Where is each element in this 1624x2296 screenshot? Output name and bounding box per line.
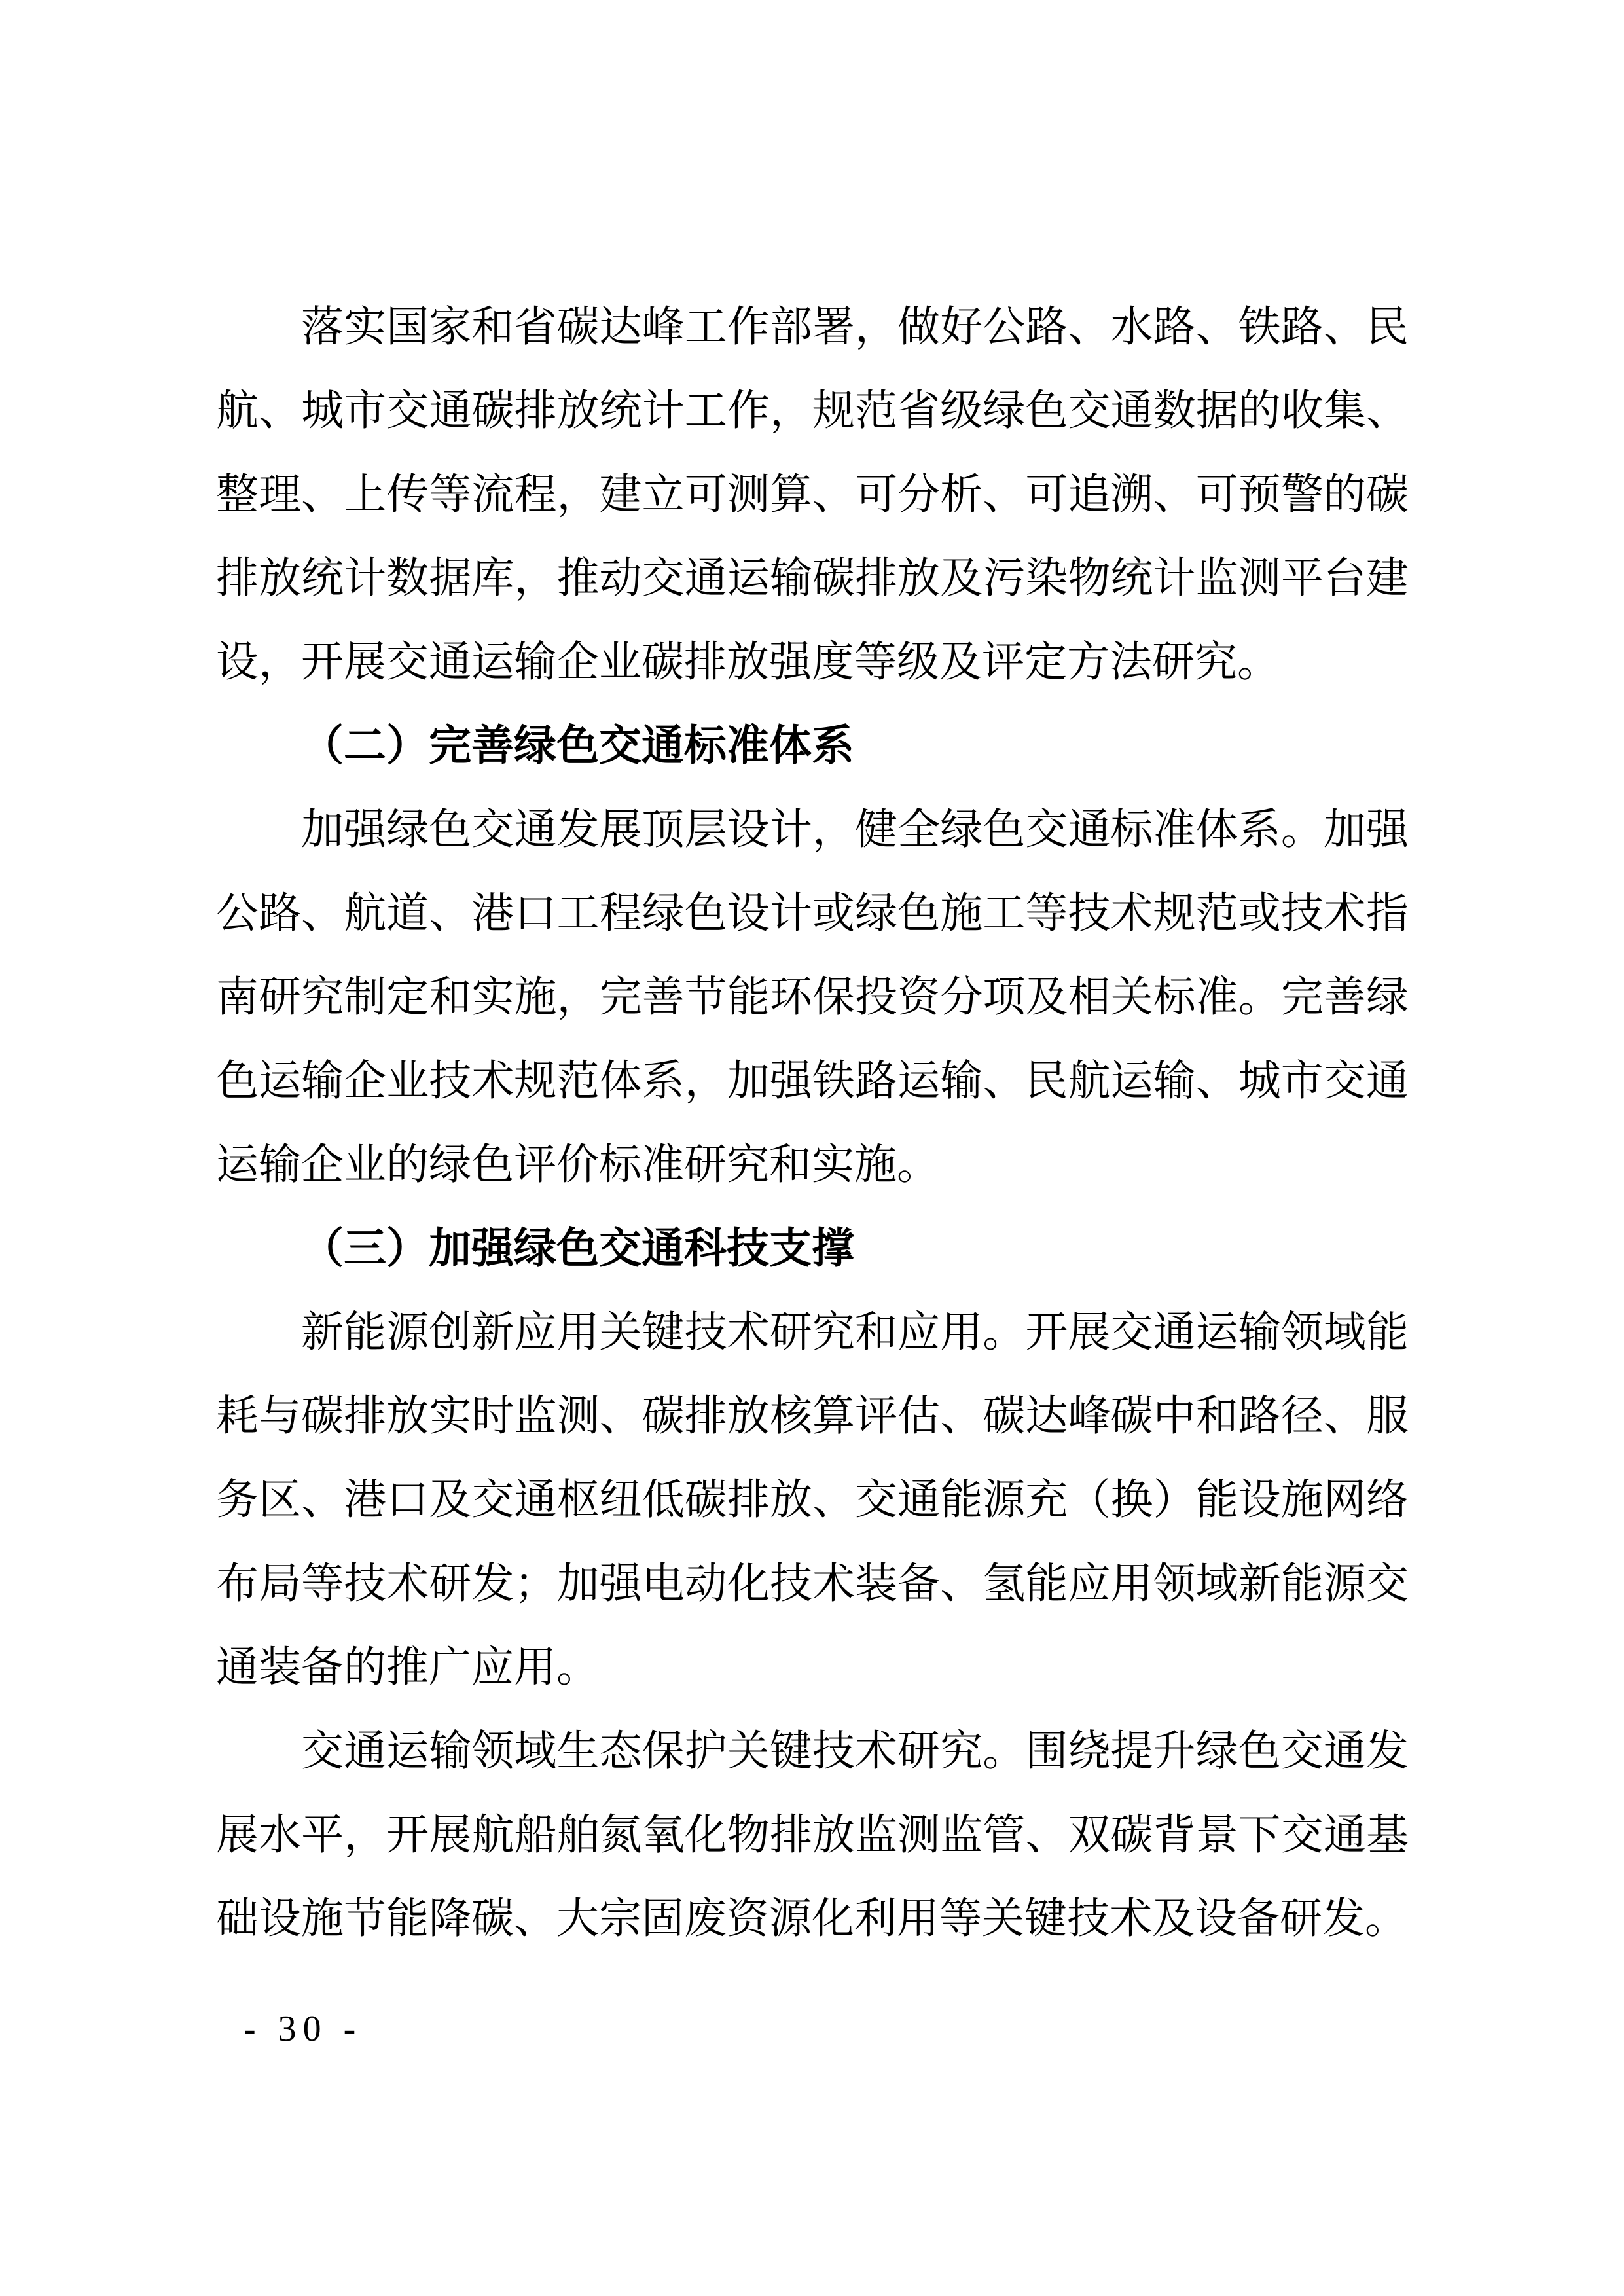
paragraph-standards-system: 加强绿色交通发展顶层设计，健全绿色交通标准体系。加强公路、航道、港口工程绿色设计… (216, 788, 1409, 1207)
document-text-block: 落实国家和省碳达峰工作部署，做好公路、水路、铁路、民航、城市交通碳排放统计工作，… (216, 285, 1409, 1961)
document-page: 落实国家和省碳达峰工作部署，做好公路、水路、铁路、民航、城市交通碳排放统计工作，… (0, 0, 1624, 2296)
page-number: - 30 - (244, 2008, 362, 2050)
section-heading-green-transport-technology: （三）加强绿色交通科技支撑 (216, 1207, 1409, 1291)
section-heading-green-transport-standards: （二）完善绿色交通标准体系 (216, 704, 1409, 788)
paragraph-new-energy-technology: 新能源创新应用关键技术研究和应用。开展交通运输领域能耗与碳排放实时监测、碳排放核… (216, 1291, 1409, 1710)
paragraph-ecological-protection-research: 交通运输领域生态保护关键技术研究。围绕提升绿色交通发展水平，开展航船舶氮氧化物排… (216, 1710, 1409, 1961)
paragraph-carbon-peak-statistics: 落实国家和省碳达峰工作部署，做好公路、水路、铁路、民航、城市交通碳排放统计工作，… (216, 285, 1409, 704)
